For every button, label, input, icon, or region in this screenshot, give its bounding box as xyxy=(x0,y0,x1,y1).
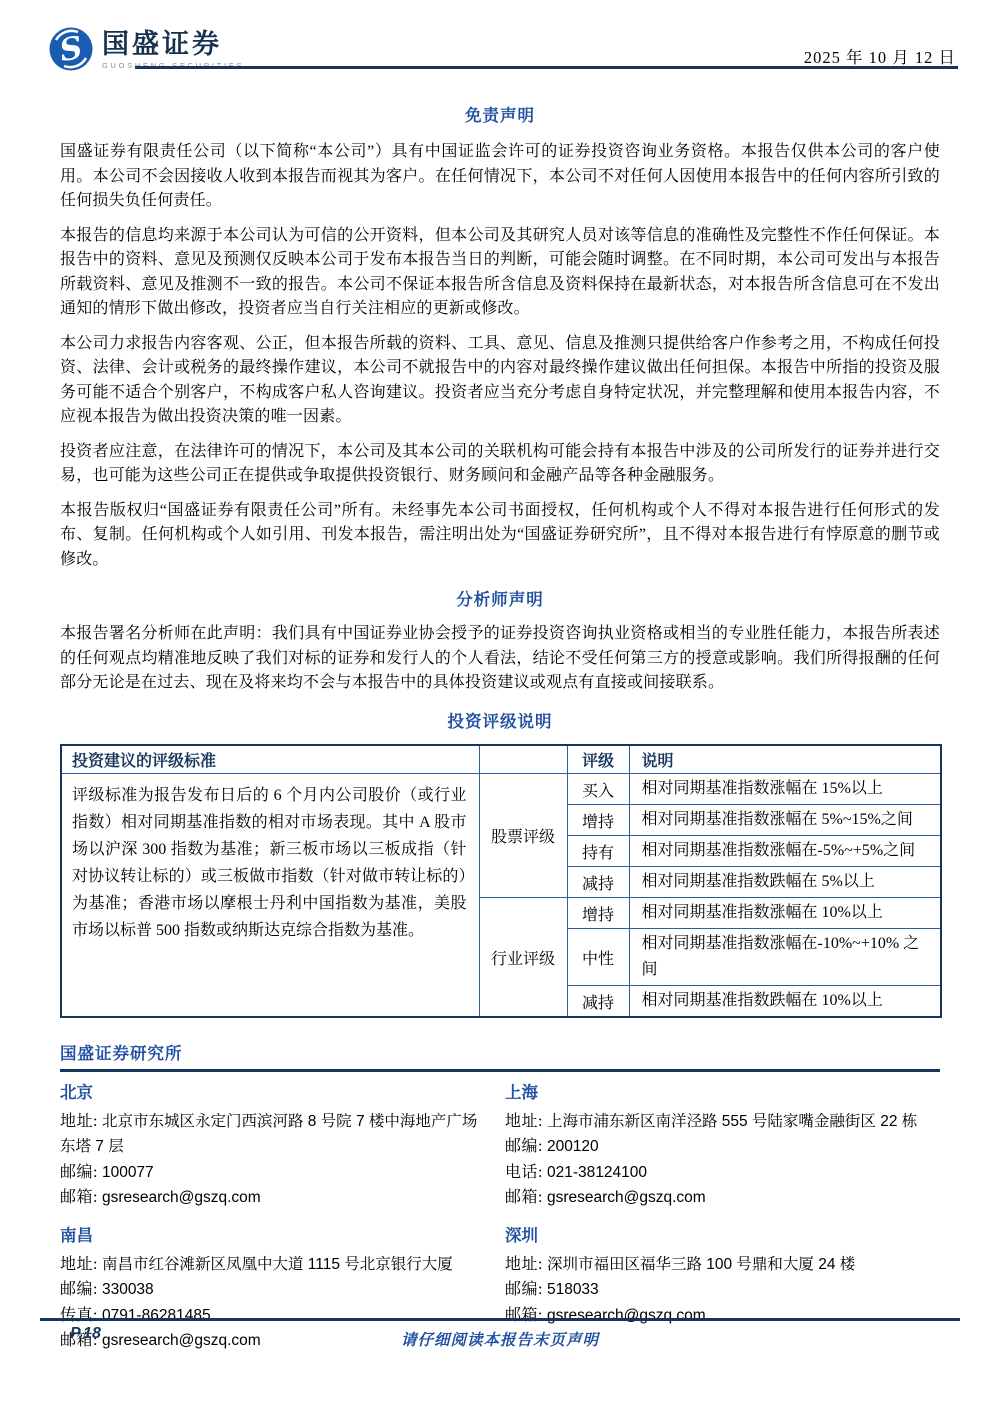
office-row-label: 邮编: xyxy=(60,1164,98,1181)
rating-desc-cell: 相对同期基准指数涨幅在 10%以上 xyxy=(629,898,941,929)
office-city: 深圳 xyxy=(505,1224,922,1248)
stock-rating-group-cell: 股票评级 xyxy=(479,774,567,898)
office-row-label: 邮编: xyxy=(505,1138,543,1155)
rating-desc-cell: 相对同期基准指数涨幅在 5%~15%之间 xyxy=(629,805,941,836)
office-row: 邮箱: gsresearch@gszq.com xyxy=(60,1185,487,1211)
office-city: 上海 xyxy=(505,1081,922,1105)
table-row: 评级标准为报告发布日后的 6 个月内公司股价（或行业指数）相对同期基准指数的相对… xyxy=(61,774,941,805)
page-content: 免责声明 国盛证券有限责任公司（以下简称“本公司”）具有中国证监会许可的证券投资… xyxy=(60,102,940,1354)
page-number: P.18 xyxy=(70,1325,101,1343)
rating-desc-cell: 相对同期基准指数涨幅在 15%以上 xyxy=(629,774,941,805)
office-row-label: 地址: xyxy=(505,1256,543,1273)
footer-divider xyxy=(40,1318,960,1321)
disclaimer-paragraph: 国盛证券有限责任公司（以下简称“本公司”）具有中国证监会许可的证券投资咨询业务资… xyxy=(60,140,940,214)
brand-name: 国盛证券 xyxy=(102,29,244,59)
report-date: 2025 年 10 月 12 日 xyxy=(804,44,956,68)
office-row-value: gsresearch@gszq.com xyxy=(547,1189,706,1206)
disclaimer-paragraph: 本报告版权归“国盛证券有限责任公司”所有。未经事先本公司书面授权，任何机构或个人… xyxy=(60,499,940,573)
disclaimer-paragraph: 本报告的信息均来源于本公司认为可信的公开资料，但本公司及其研究人员对该等信息的准… xyxy=(60,224,940,322)
office-city: 北京 xyxy=(60,1081,487,1105)
rating-cell: 增持 xyxy=(567,898,629,929)
office-row: 地址: 北京市东城区永定门西滨河路 8 号院 7 楼中海地产广场东塔 7 层 xyxy=(60,1109,487,1160)
desc-header-cell: 说明 xyxy=(629,745,941,774)
office-row-value: gsresearch@gszq.com xyxy=(102,1189,261,1206)
page-header: S 国盛证券 GUOSHENG SECURITIES 2025 年 10 月 1… xyxy=(0,0,1000,72)
office-beijing: 北京 地址: 北京市东城区永定门西滨河路 8 号院 7 楼中海地产广场东塔 7 … xyxy=(60,1081,505,1211)
office-row-value: 200120 xyxy=(547,1138,599,1155)
footer-notice: 请仔细阅读本报告末页声明 xyxy=(0,1328,1000,1350)
office-row-label: 邮箱: xyxy=(505,1189,543,1206)
criteria-header-cell: 投资建议的评级标准 xyxy=(61,745,479,774)
rating-cell: 买入 xyxy=(567,774,629,805)
industry-rating-group-cell: 行业评级 xyxy=(479,898,567,1018)
rating-cell: 减持 xyxy=(567,867,629,898)
office-row-value: 北京市东城区永定门西滨河路 8 号院 7 楼中海地产广场东塔 7 层 xyxy=(60,1113,477,1156)
research-divider xyxy=(60,1069,940,1072)
header-divider xyxy=(135,66,958,69)
analyst-statement-title: 分析师声明 xyxy=(60,586,940,610)
office-row-label: 地址: xyxy=(60,1113,98,1130)
office-row-value: 上海市浦东新区南洋泾路 555 号陆家嘴金融街区 22 栋 xyxy=(547,1113,917,1130)
office-row-value: 100077 xyxy=(102,1164,154,1181)
office-row-label: 地址: xyxy=(60,1256,98,1273)
office-row: 电话: 021-38124100 xyxy=(505,1160,922,1186)
rating-table-header-row: 投资建议的评级标准 评级 说明 xyxy=(61,745,941,774)
office-city: 南昌 xyxy=(60,1224,487,1248)
office-row: 邮编: 330038 xyxy=(60,1277,487,1303)
disclaimer-paragraph: 投资者应注意，在法律许可的情况下，本公司及其本公司的关联机构可能会持有本报告中涉… xyxy=(60,440,940,489)
office-list: 北京 地址: 北京市东城区永定门西滨河路 8 号院 7 楼中海地产广场东塔 7 … xyxy=(60,1081,940,1354)
office-row-label: 电话: xyxy=(505,1164,543,1181)
rating-desc-cell: 相对同期基准指数涨幅在-10%~+10% 之间 xyxy=(629,929,941,986)
office-row-label: 邮编: xyxy=(505,1281,543,1298)
office-row-value: 330038 xyxy=(102,1281,154,1298)
report-page: S 国盛证券 GUOSHENG SECURITIES 2025 年 10 月 1… xyxy=(0,0,1000,1414)
rating-cell: 减持 xyxy=(567,986,629,1018)
office-row-value: 518033 xyxy=(547,1281,599,1298)
office-row-label: 邮箱: xyxy=(60,1189,98,1206)
office-row: 邮编: 100077 xyxy=(60,1160,487,1186)
office-row-label: 地址: xyxy=(505,1113,543,1130)
office-row-value: 南昌市红谷滩新区凤凰中大道 1115 号北京银行大厦 xyxy=(102,1256,453,1273)
rating-cell: 中性 xyxy=(567,929,629,986)
page-footer: P.18 请仔细阅读本报告末页声明 xyxy=(0,1318,1000,1350)
rating-cell: 增持 xyxy=(567,805,629,836)
brand-text: 国盛证券 GUOSHENG SECURITIES xyxy=(102,29,244,70)
rating-header-cell: 评级 xyxy=(567,745,629,774)
analyst-statement-paragraph: 本报告署名分析师在此声明：我们具有中国证券业协会授予的证券投资咨询执业资格或相当… xyxy=(60,622,940,696)
disclaimer-paragraph: 本公司力求报告内容客观、公正，但本报告所载的资料、工具、意见、信息及推测只提供给… xyxy=(60,332,940,430)
criteria-text-cell: 评级标准为报告发布日后的 6 个月内公司股价（或行业指数）相对同期基准指数的相对… xyxy=(61,774,479,1018)
rating-desc-cell: 相对同期基准指数跌幅在 5%以上 xyxy=(629,867,941,898)
rating-description-title: 投资评级说明 xyxy=(60,708,940,732)
rating-desc-cell: 相对同期基准指数跌幅在 10%以上 xyxy=(629,986,941,1018)
office-row: 地址: 上海市浦东新区南洋泾路 555 号陆家嘴金融街区 22 栋 xyxy=(505,1109,922,1135)
guosheng-logo-icon: S xyxy=(48,26,94,72)
office-row: 邮编: 518033 xyxy=(505,1277,922,1303)
rating-desc-cell: 相对同期基准指数涨幅在-5%~+5%之间 xyxy=(629,836,941,867)
research-institute-title: 国盛证券研究所 xyxy=(60,1040,940,1064)
office-row: 邮编: 200120 xyxy=(505,1134,922,1160)
office-row: 地址: 深圳市福田区福华三路 100 号鼎和大厦 24 楼 xyxy=(505,1252,922,1278)
office-row-value: 021-38124100 xyxy=(547,1164,647,1181)
office-row-value: 深圳市福田区福华三路 100 号鼎和大厦 24 楼 xyxy=(547,1256,855,1273)
office-row-label: 邮编: xyxy=(60,1281,98,1298)
office-row: 邮箱: gsresearch@gszq.com xyxy=(505,1185,922,1211)
rating-cell: 持有 xyxy=(567,836,629,867)
group-header-cell xyxy=(479,745,567,774)
office-row: 地址: 南昌市红谷滩新区凤凰中大道 1115 号北京银行大厦 xyxy=(60,1252,487,1278)
disclaimer-title: 免责声明 xyxy=(60,102,940,126)
office-shanghai: 上海 地址: 上海市浦东新区南洋泾路 555 号陆家嘴金融街区 22 栋 邮编:… xyxy=(505,1081,940,1211)
rating-table: 投资建议的评级标准 评级 说明 评级标准为报告发布日后的 6 个月内公司股价（或… xyxy=(60,744,942,1019)
